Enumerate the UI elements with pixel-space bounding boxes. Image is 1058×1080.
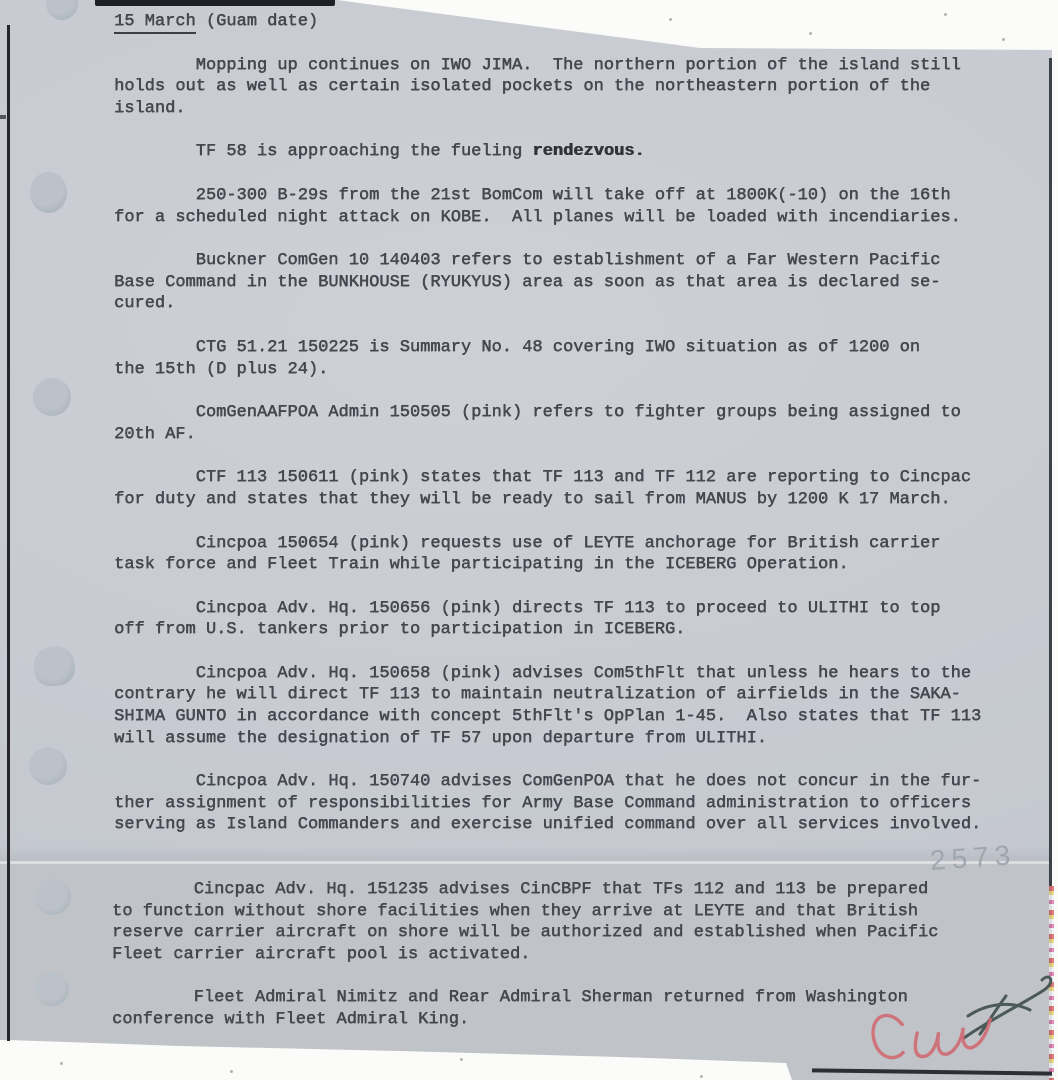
entry-date-rest: (Guam date) bbox=[196, 12, 318, 31]
paragraph: Cincpoa Adv. Hq. 150740 advises ComGenPO… bbox=[114, 771, 981, 836]
typed-text-lower: Cincpac Adv. Hq. 151235 advises CinCBPF … bbox=[112, 879, 938, 1031]
diary-entries-upper: Mopping up continues on IWO JIMA. The no… bbox=[114, 55, 981, 836]
paragraph: Cincpoa 150654 (pink) requests use of LE… bbox=[114, 533, 981, 576]
paragraph: ComGenAAFPOA Admin 150505 (pink) refers … bbox=[114, 402, 981, 445]
hole-punch bbox=[33, 378, 71, 416]
hole-punch bbox=[35, 972, 69, 1006]
top-page-edge-band bbox=[95, 0, 335, 6]
paragraph: Mopping up continues on IWO JIMA. The no… bbox=[114, 55, 981, 120]
scan-speck bbox=[1002, 38, 1005, 41]
paragraph: Fleet Admiral Nimitz and Rear Admiral Sh… bbox=[112, 987, 938, 1030]
paragraph: CTG 51.21 150225 is Summary No. 48 cover… bbox=[114, 337, 981, 380]
hole-punch bbox=[34, 646, 75, 686]
hole-punch bbox=[35, 879, 71, 915]
scan-speck bbox=[700, 1075, 703, 1078]
scan-speck bbox=[60, 1062, 63, 1065]
left-margin-rule bbox=[7, 25, 10, 1041]
paragraph: TF 58 is approaching the fueling rendezv… bbox=[114, 141, 981, 163]
scan-seam-line bbox=[0, 861, 1052, 864]
paragraph: Cincpac Adv. Hq. 151235 advises CinCBPF … bbox=[112, 879, 938, 965]
paragraph: 250-300 B-29s from the 21st BomCom will … bbox=[114, 185, 981, 228]
paragraph: Cincpoa Adv. Hq. 150658 (pink) advises C… bbox=[114, 663, 981, 749]
pencil-page-number: 2573 bbox=[929, 839, 1017, 877]
red-ink-initials-signature bbox=[862, 992, 1029, 1080]
hole-punch bbox=[29, 747, 67, 785]
entry-date-heading: 15 March (Guam date) bbox=[114, 11, 981, 33]
entry-date-underlined: 15 March bbox=[114, 12, 196, 34]
paragraph: Buckner ComGen 10 140403 refers to estab… bbox=[114, 250, 981, 315]
document-scan: 15 March (Guam date) Mopping up continue… bbox=[0, 0, 1058, 1080]
right-paper-edge bbox=[1049, 58, 1052, 886]
paragraph: CTF 113 150611 (pink) states that TF 113… bbox=[114, 467, 981, 510]
scan-seam-shadow bbox=[0, 846, 1052, 862]
left-edge-mark bbox=[0, 115, 6, 119]
diary-entries-lower: Cincpac Adv. Hq. 151235 advises CinCBPF … bbox=[112, 879, 938, 1031]
hole-punch bbox=[30, 172, 67, 213]
paragraph: Cincpoa Adv. Hq. 150656 (pink) directs T… bbox=[114, 598, 981, 641]
scan-speck bbox=[460, 1058, 463, 1061]
typed-text-upper: 15 March (Guam date) Mopping up continue… bbox=[114, 11, 981, 836]
scan-speck bbox=[230, 1070, 233, 1073]
